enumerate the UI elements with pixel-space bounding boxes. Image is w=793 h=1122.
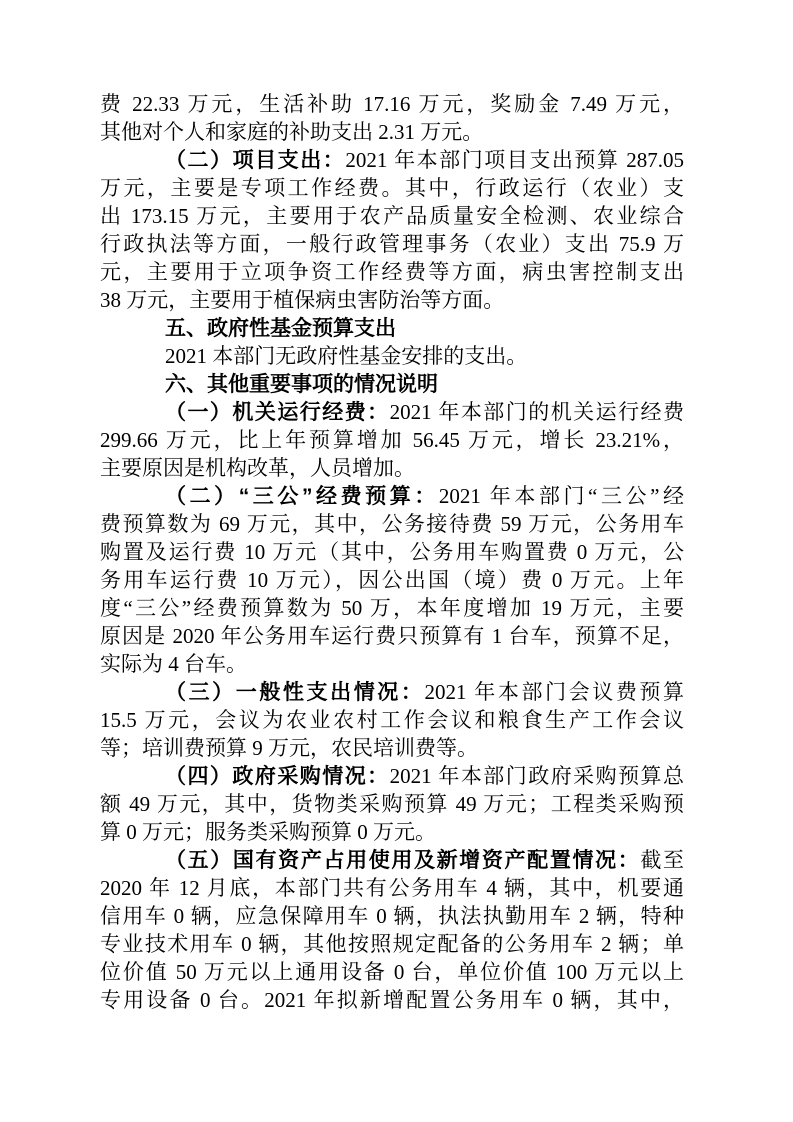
section-heading-run: （三）一般性支出情况： bbox=[165, 681, 424, 704]
body-text-run: 2021 年本部门政府采购预算总 bbox=[390, 764, 684, 788]
text-line: 购置及运行费 10 万元（其中，公务用车购置费 0 万元，公 bbox=[100, 538, 684, 566]
text-line: 专用设备 0 台。2021 年拟新增配置公务用车 0 辆，其中， bbox=[100, 986, 684, 1014]
text-line: 原因是 2020 年公务用车运行费只预算有 1 台车，预算不足， bbox=[100, 622, 684, 650]
text-line: 元，主要用于立项争资工作经费等方面，病虫害控制支出 bbox=[100, 258, 684, 286]
section-heading-run: （五）国有资产占用使用及新增资产配置情况： bbox=[165, 849, 640, 872]
body-text-run: 38 万元，主要用于植保病虫害防治等方面。 bbox=[100, 288, 504, 312]
body-text-run: 专用设备 0 台。2021 年拟新增配置公务用车 0 辆，其中， bbox=[100, 988, 684, 1012]
text-line: 299.66 万元，比上年预算增加 56.45 万元，增长 23.21%， bbox=[100, 426, 684, 454]
body-text-run: 专业技术用车 0 辆，其他按照规定配备的公务用车 2 辆；单 bbox=[100, 932, 684, 956]
text-line: 2020 年 12 月底，本部门共有公务用车 4 辆，其中，机要通 bbox=[100, 874, 684, 902]
text-line: （一）机关运行经费：2021 年本部门的机关运行经费 bbox=[100, 398, 684, 426]
body-text-run: 299.66 万元，比上年预算增加 56.45 万元，增长 23.21%， bbox=[100, 428, 684, 452]
section-heading-run: （二）项目支出： bbox=[165, 149, 345, 172]
text-line: 15.5 万元，会议为农业农村工作会议和粮食生产工作会议 bbox=[100, 706, 684, 734]
section-heading-run: （一）机关运行经费： bbox=[165, 401, 390, 424]
body-text-run: 购置及运行费 10 万元（其中，公务用车购置费 0 万元，公 bbox=[100, 540, 684, 564]
text-line: 等；培训费预算 9 万元，农民培训费等。 bbox=[100, 734, 684, 762]
section-heading-run: （四）政府采购情况： bbox=[165, 765, 390, 788]
text-line: 务用车运行费 10 万元），因公出国（境）费 0 万元。上年 bbox=[100, 566, 684, 594]
body-text-run: 实际为 4 台车。 bbox=[100, 652, 247, 676]
body-text-run: 2021 本部门无政府性基金安排的支出。 bbox=[165, 344, 527, 368]
text-line: 额 49 万元，其中，货物类采购预算 49 万元；工程类采购预 bbox=[100, 790, 684, 818]
text-line: 出 173.15 万元，主要用于农产品质量安全检测、农业综合 bbox=[100, 202, 684, 230]
body-text-run: 2021 年本部门项目支出预算 287.05 bbox=[345, 148, 684, 172]
body-text-run: 原因是 2020 年公务用车运行费只预算有 1 台车，预算不足， bbox=[100, 624, 684, 648]
text-line: 万元，主要是专项工作经费。其中，行政运行（农业）支 bbox=[100, 174, 684, 202]
text-line: （五）国有资产占用使用及新增资产配置情况：截至 bbox=[100, 846, 684, 874]
body-text-run: 万元，主要是专项工作经费。其中，行政运行（农业）支 bbox=[100, 176, 684, 200]
text-line: （二）“三公”经费预算：2021 年本部门“三公”经 bbox=[100, 482, 684, 510]
section-heading-run: 六、其他重要事项的情况说明 bbox=[165, 373, 438, 396]
text-line: 专业技术用车 0 辆，其他按照规定配备的公务用车 2 辆；单 bbox=[100, 930, 684, 958]
body-text-run: 信用车 0 辆，应急保障用车 0 辆，执法执勤用车 2 辆，特种 bbox=[100, 904, 684, 928]
body-text-run: 度“三公”经费预算数为 50 万，本年度增加 19 万元，主要 bbox=[100, 596, 684, 620]
text-line: 实际为 4 台车。 bbox=[100, 650, 684, 678]
text-line: 算 0 万元；服务类采购预算 0 万元。 bbox=[100, 818, 684, 846]
text-line: （三）一般性支出情况：2021 年本部门会议费预算 bbox=[100, 678, 684, 706]
text-line: 费 22.33 万元，生活补助 17.16 万元，奖励金 7.49 万元， bbox=[100, 90, 684, 118]
body-text-run: 务用车运行费 10 万元），因公出国（境）费 0 万元。上年 bbox=[100, 568, 684, 592]
body-text-run: 元，主要用于立项争资工作经费等方面，病虫害控制支出 bbox=[100, 260, 684, 284]
body-text-run: 2020 年 12 月底，本部门共有公务用车 4 辆，其中，机要通 bbox=[100, 876, 684, 900]
body-text-run: 位价值 50 万元以上通用设备 0 台，单位价值 100 万元以上 bbox=[100, 960, 684, 984]
body-text-run: 2021 年本部门的机关运行经费 bbox=[390, 400, 684, 424]
body-text-run: 算 0 万元；服务类采购预算 0 万元。 bbox=[100, 820, 436, 844]
text-line: 其他对个人和家庭的补助支出 2.31 万元。 bbox=[100, 118, 684, 146]
body-text-run: 截至 bbox=[640, 848, 684, 872]
body-text-run: 行政执法等方面，一般行政管理事务（农业）支出 75.9 万 bbox=[100, 232, 684, 256]
section-heading-run: 五、政府性基金预算支出 bbox=[165, 317, 396, 340]
body-text-run: 出 173.15 万元，主要用于农产品质量安全检测、农业综合 bbox=[100, 204, 684, 228]
body-text-run: 等；培训费预算 9 万元，农民培训费等。 bbox=[100, 736, 478, 760]
text-line: （二）项目支出：2021 年本部门项目支出预算 287.05 bbox=[100, 146, 684, 174]
body-text-run: 2021 年本部门“三公”经 bbox=[439, 484, 684, 508]
body-text-run: 主要原因是机构改革，人员增加。 bbox=[100, 456, 415, 480]
text-line: 38 万元，主要用于植保病虫害防治等方面。 bbox=[100, 286, 684, 314]
section-heading-run: （二）“三公”经费预算： bbox=[165, 485, 439, 508]
body-text-run: 2021 年本部门会议费预算 bbox=[424, 680, 684, 704]
text-line: 主要原因是机构改革，人员增加。 bbox=[100, 454, 684, 482]
body-text-run: 费预算数为 69 万元，其中，公务接待费 59 万元，公务用车 bbox=[100, 512, 684, 536]
text-line: 六、其他重要事项的情况说明 bbox=[100, 370, 684, 398]
body-text-run: 额 49 万元，其中，货物类采购预算 49 万元；工程类采购预 bbox=[100, 792, 684, 816]
document-body: 费 22.33 万元，生活补助 17.16 万元，奖励金 7.49 万元，其他对… bbox=[100, 90, 684, 1014]
text-line: 费预算数为 69 万元，其中，公务接待费 59 万元，公务用车 bbox=[100, 510, 684, 538]
body-text-run: 其他对个人和家庭的补助支出 2.31 万元。 bbox=[100, 120, 483, 144]
text-line: 度“三公”经费预算数为 50 万，本年度增加 19 万元，主要 bbox=[100, 594, 684, 622]
document-page: 费 22.33 万元，生活补助 17.16 万元，奖励金 7.49 万元，其他对… bbox=[0, 0, 793, 1122]
text-line: 信用车 0 辆，应急保障用车 0 辆，执法执勤用车 2 辆，特种 bbox=[100, 902, 684, 930]
text-line: （四）政府采购情况：2021 年本部门政府采购预算总 bbox=[100, 762, 684, 790]
text-line: 位价值 50 万元以上通用设备 0 台，单位价值 100 万元以上 bbox=[100, 958, 684, 986]
body-text-run: 15.5 万元，会议为农业农村工作会议和粮食生产工作会议 bbox=[100, 708, 684, 732]
body-text-run: 费 22.33 万元，生活补助 17.16 万元，奖励金 7.49 万元， bbox=[100, 92, 684, 116]
text-line: 五、政府性基金预算支出 bbox=[100, 314, 684, 342]
text-line: 行政执法等方面，一般行政管理事务（农业）支出 75.9 万 bbox=[100, 230, 684, 258]
text-line: 2021 本部门无政府性基金安排的支出。 bbox=[100, 342, 684, 370]
